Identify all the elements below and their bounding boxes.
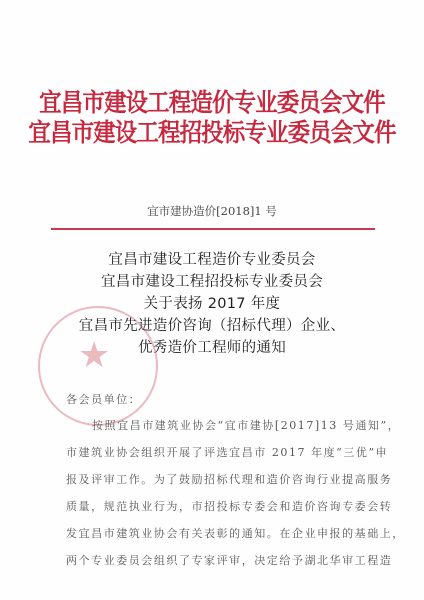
paragraph-line: 质量，规范执业行为，市招投标专委会和造价咨询专委会转	[66, 499, 392, 515]
notice-title-line-2: 宜昌市建设工程招投标专业委员会	[0, 272, 424, 292]
issuer-header-line-1: 宜昌市建设工程造价专业委员会文件	[21, 88, 403, 118]
document-number: 宜市建协造价[2018]1 号	[0, 203, 424, 219]
paragraph-line: 两个专业委员会组织了专家评审，决定给予湖北华审工程造	[66, 553, 392, 569]
notice-title-line-5: 优秀造价工程师的通知	[0, 338, 424, 358]
notice-title-line-4: 宜昌市先进造价咨询（招标代理）企业、	[0, 316, 424, 336]
notice-title-line-3: 关于表扬 2017 年度	[0, 294, 424, 314]
notice-title-line-1: 宜昌市建设工程造价专业委员会	[0, 250, 424, 270]
issuer-header-line-2: 宜昌市建设工程招投标专业委员会文件	[21, 118, 403, 148]
paragraph-line: 市建筑业协会组织开展了评选宜昌市 2017 年度“三优”申	[66, 445, 388, 461]
paragraph-line: 发宜昌市建筑业协会有关表彰的通知。在企业申报的基础上，	[66, 526, 405, 542]
paragraph-line: 按照宜昌市建筑业协会“宜市建协[2017]13 号通知”，	[92, 418, 400, 434]
document-page: 宜昌市建设工程造价专业委员会文件 宜昌市建设工程招投标专业委员会文件 宜市建协造…	[0, 0, 424, 600]
red-divider-line	[51, 228, 375, 230]
paragraph-line: 报及评审工作。为了鼓励招标代理和造价咨询行业提高服务	[66, 472, 392, 488]
salutation: 各会员单位：	[66, 392, 141, 408]
